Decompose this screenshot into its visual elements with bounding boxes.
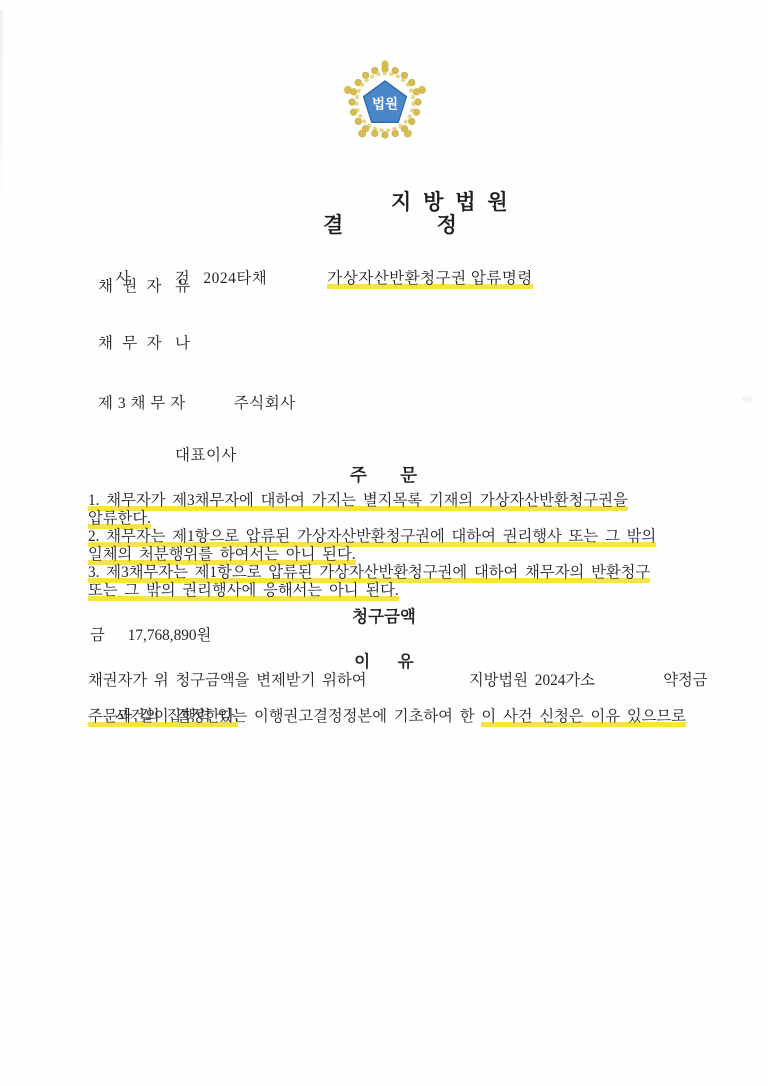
reason-line-1: 채권자가 위 청구금액을 변제받기 위하여 지방법원 2024가소 약정금 (88, 672, 708, 690)
order-line-6-text: 또는 그 밖의 권리행사에 응해서는 아니 된다. (88, 582, 399, 601)
order-line-2: 압류한다. (88, 510, 151, 529)
order-line-6: 또는 그 밖의 권리행사에 응해서는 아니 된다. (88, 582, 399, 601)
scan-smudge-artifact (742, 395, 752, 403)
order-line-5-text: 3. 제3채무자는 제1항으로 압류된 가상자산반환청구권에 대하여 채무자의 … (88, 564, 650, 583)
emblem-label: 법원 (372, 96, 398, 112)
court-emblem-icon: 법원 (344, 60, 426, 144)
order-line-4: 일체의 처분행위를 하여서는 아니 된다. (88, 546, 356, 565)
document-type-title: 결 정 (323, 209, 457, 239)
order-line-3-text: 2. 채무자는 제1항으로 압류된 가상자산반환청구권에 대하여 권리행사 또는… (88, 528, 656, 547)
court-decision-document: 법원 지 방 법 원 결 정 사 건 2024타채가상자산반환청구권 압류명령 … (0, 0, 768, 1086)
reason-section-heading: 이 유 (0, 648, 768, 672)
third-debtor-line: 제 3 채 무 자 주식회사 (98, 391, 296, 413)
order-line-2-text: 압류한다. (88, 510, 151, 529)
order-line-1-text: 1. 채무자가 제3채무자에 대하여 가지는 별지목록 기재의 가상자산반환청구… (88, 492, 628, 511)
order-line-4-text: 일체의 처분행위를 하여서는 아니 된다. (88, 546, 356, 565)
scan-edge-artifact (0, 10, 3, 190)
reason-line-3-highlighted: 주문과 같이 결정한다. (88, 708, 238, 727)
order-line-1: 1. 채무자가 제3채무자에 대하여 가지는 별지목록 기재의 가상자산반환청구… (88, 492, 628, 511)
debtor-line: 채 무 자 나 (98, 331, 191, 353)
reason-line-2-highlighted: 이 사건 신청은 이유 있으므로 (481, 708, 686, 727)
order-line-3: 2. 채무자는 제1항으로 압류된 가상자산반환청구권에 대하여 권리행사 또는… (88, 528, 656, 547)
reason-line-3: 주문과 같이 결정한다. (88, 708, 238, 727)
claim-amount-value: 금 17,768,890원 (90, 623, 211, 645)
creditor-line: 채 권 자 유 (98, 274, 191, 296)
case-title-highlighted: 가상자산반환청구권 압류명령 (327, 266, 533, 289)
order-section-heading: 주 문 (0, 462, 768, 487)
order-line-5: 3. 제3채무자는 제1항으로 압류된 가상자산반환청구권에 대하여 채무자의 … (88, 564, 650, 583)
